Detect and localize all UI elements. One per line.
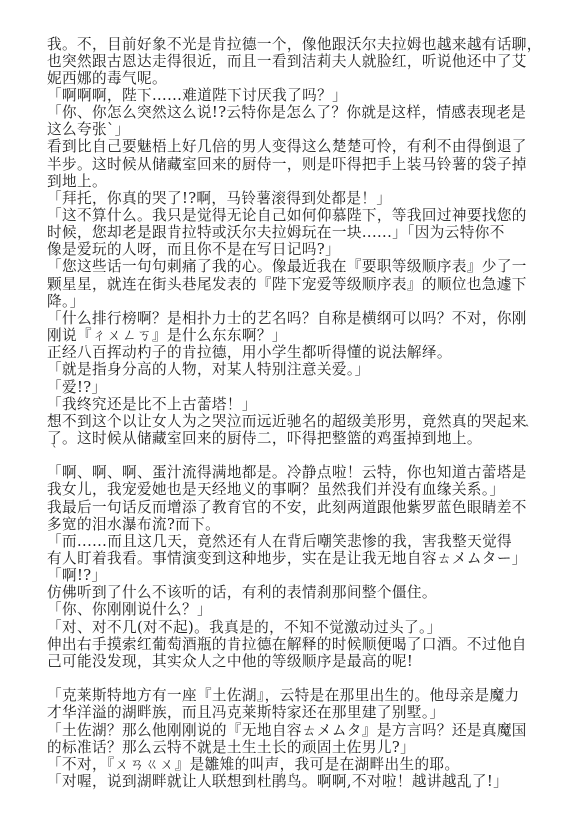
blank-line (47, 447, 547, 464)
text-line: 我最后一句话反而增添了教育官的不安，此刻两道跟他紫罗蓝色眼睛差不 (47, 499, 547, 516)
text-line: 「爱!?」 (47, 379, 547, 396)
text-line: 「啊啊啊，陛下......难道陛下讨厌我了吗？」 (47, 87, 547, 104)
text-line: 「您这些话一句句刺痛了我的心。像最近我在『要职等级顺序表』少了一 (47, 258, 547, 275)
text-line: 我。不，目前好象不光是肯拉德一个，像他跟沃尔夫拉姆也越来越有话聊， (47, 36, 547, 53)
text-line: 想不到这个以让女人为之哭泣而远近驰名的超级美形男，竟然真的哭起来 (47, 413, 547, 430)
text-line: 有人盯着我看。事情演变到这种地步，实在是让我无地自容ㄊメムター」 (47, 550, 547, 567)
text-line: 看到比自己要魅梧上好几倍的男人变得这么楚楚可怜，有利不由得倒退了 (47, 138, 547, 155)
text-line: 「这不算什么。我只是觉得无论自己如何仰慕陛下，等我回过神要找您的 (47, 207, 547, 224)
text-line: 「而......而且这几天，竟然还有人在背后嘲笑悲惨的我，害我整天觉得 (47, 533, 547, 550)
text-line: 降。」 (47, 293, 547, 310)
scan-artifact-mark: ˋ (52, 444, 58, 457)
text-line: 「什么排行榜啊？是相扑力士的艺名吗？自称是横纲可以吗？不对，你刚 (47, 310, 547, 327)
text-line: 「土佐湖？那么他刚刚说的『无地自容ㄊメムタ』是方言吗？还是真魔国 (47, 722, 547, 739)
text-line: 「我终究还是比不上古蕾塔！」 (47, 396, 547, 413)
scan-artifact-mark: ˆ (524, 423, 530, 436)
text-line: 到地上。 (47, 173, 547, 190)
text-line: 时候，您却老是跟肯拉特或沃尔夫拉姆玩在一块......」「因为云特你不 (47, 224, 547, 241)
text-line: 「不对，『ㄨㄢㄍㄨ』是雛雉的叫声，我可是在湖畔出生的耶。 (47, 756, 547, 773)
text-line: 刚说『ㄔㄨㄥㄎ』是什么东东啊？」 (47, 327, 547, 344)
text-line: 也突然跟古恩达走得很近，而且一看到洁莉夫人就脸红，听说他还中了艾 (47, 53, 547, 70)
text-line: 「拜托，你真的哭了!?啊，马铃薯滚得到处都是！」 (47, 190, 547, 207)
text-line: 「你、你怎么突然这么说!?云特你是怎么了？你就是这样，情感表现老是 (47, 104, 547, 121)
text-line: 多宽的泪水瀑布流?而下。 (47, 516, 547, 533)
text-line: 「你、你刚刚说什么？」 (47, 601, 547, 618)
text-line: 「啊!?」 (47, 567, 547, 584)
document-page: 我。不，目前好象不光是肯拉德一个，像他跟沃尔夫拉姆也越来越有话聊，也突然跟古恩达… (0, 0, 583, 828)
text-line: 己可能没发现，其实众人之中他的等级顺序是最高的呢! (47, 653, 547, 670)
text-line: 了。这时候从储藏室回来的厨侍二，吓得把整篮的鸡蛋掉到地上。 (47, 430, 547, 447)
text-line: 仿佛听到了什么不该听的话，有利的表情刹那间整个僵住。 (47, 584, 547, 601)
text-line: 的标准话？那么云特不就是土生土长的顽固土佐男儿?」 (47, 739, 547, 756)
text-line: 「对喔，说到湖畔就让人联想到杜鹃鸟。啊啊,不对啦！越讲越乱了!」 (47, 773, 547, 790)
text-line: 我女儿，我宠爱她也是天经地义的事啊？虽然我们并没有血缘关系。」 (47, 481, 547, 498)
text-line: 「啊、啊、啊、蛋汁流得满地都是。冷静点啦！云特，你也知道古蕾塔是 (47, 464, 547, 481)
text-line: 妮西娜的毒气呢。 (47, 70, 547, 87)
text-line: 像是爱玩的人呀，而且你不是在写日记吗?」 (47, 241, 547, 258)
text-line: 才华洋溢的湖畔族，而且冯克莱斯特家还在那里建了别墅。」 (47, 704, 547, 721)
text-line: 正经八百挥动杓子的肯拉德，用小学生都听得懂的说法解绎。 (47, 344, 547, 361)
text-line: 「克莱斯特地方有一座『土佐湖』，云特是在那里出生的。他母亲是魔力 (47, 687, 547, 704)
text-line: 颗星星，就连在街头巷尾发表的『陛下宠爱等级顺序表』的顺位也急遽下 (47, 276, 547, 293)
text-line: 半步。这时候从储藏室回来的厨侍一，则是吓得把手上装马铃薯的袋子掉 (47, 156, 547, 173)
blank-line (47, 670, 547, 687)
text-line: 伸出右手摸索红葡萄酒瓶的肯拉德在解释的时候顺便喝了口酒。不过他自 (47, 636, 547, 653)
text-line: 「就是指身分高的人物，对某人特别注意关爱。」 (47, 361, 547, 378)
text-line: 「对、对不几(对不起)。我真是的，不知不觉激动过头了。」 (47, 619, 547, 636)
text-line: 这么夸张`」 (47, 121, 547, 138)
